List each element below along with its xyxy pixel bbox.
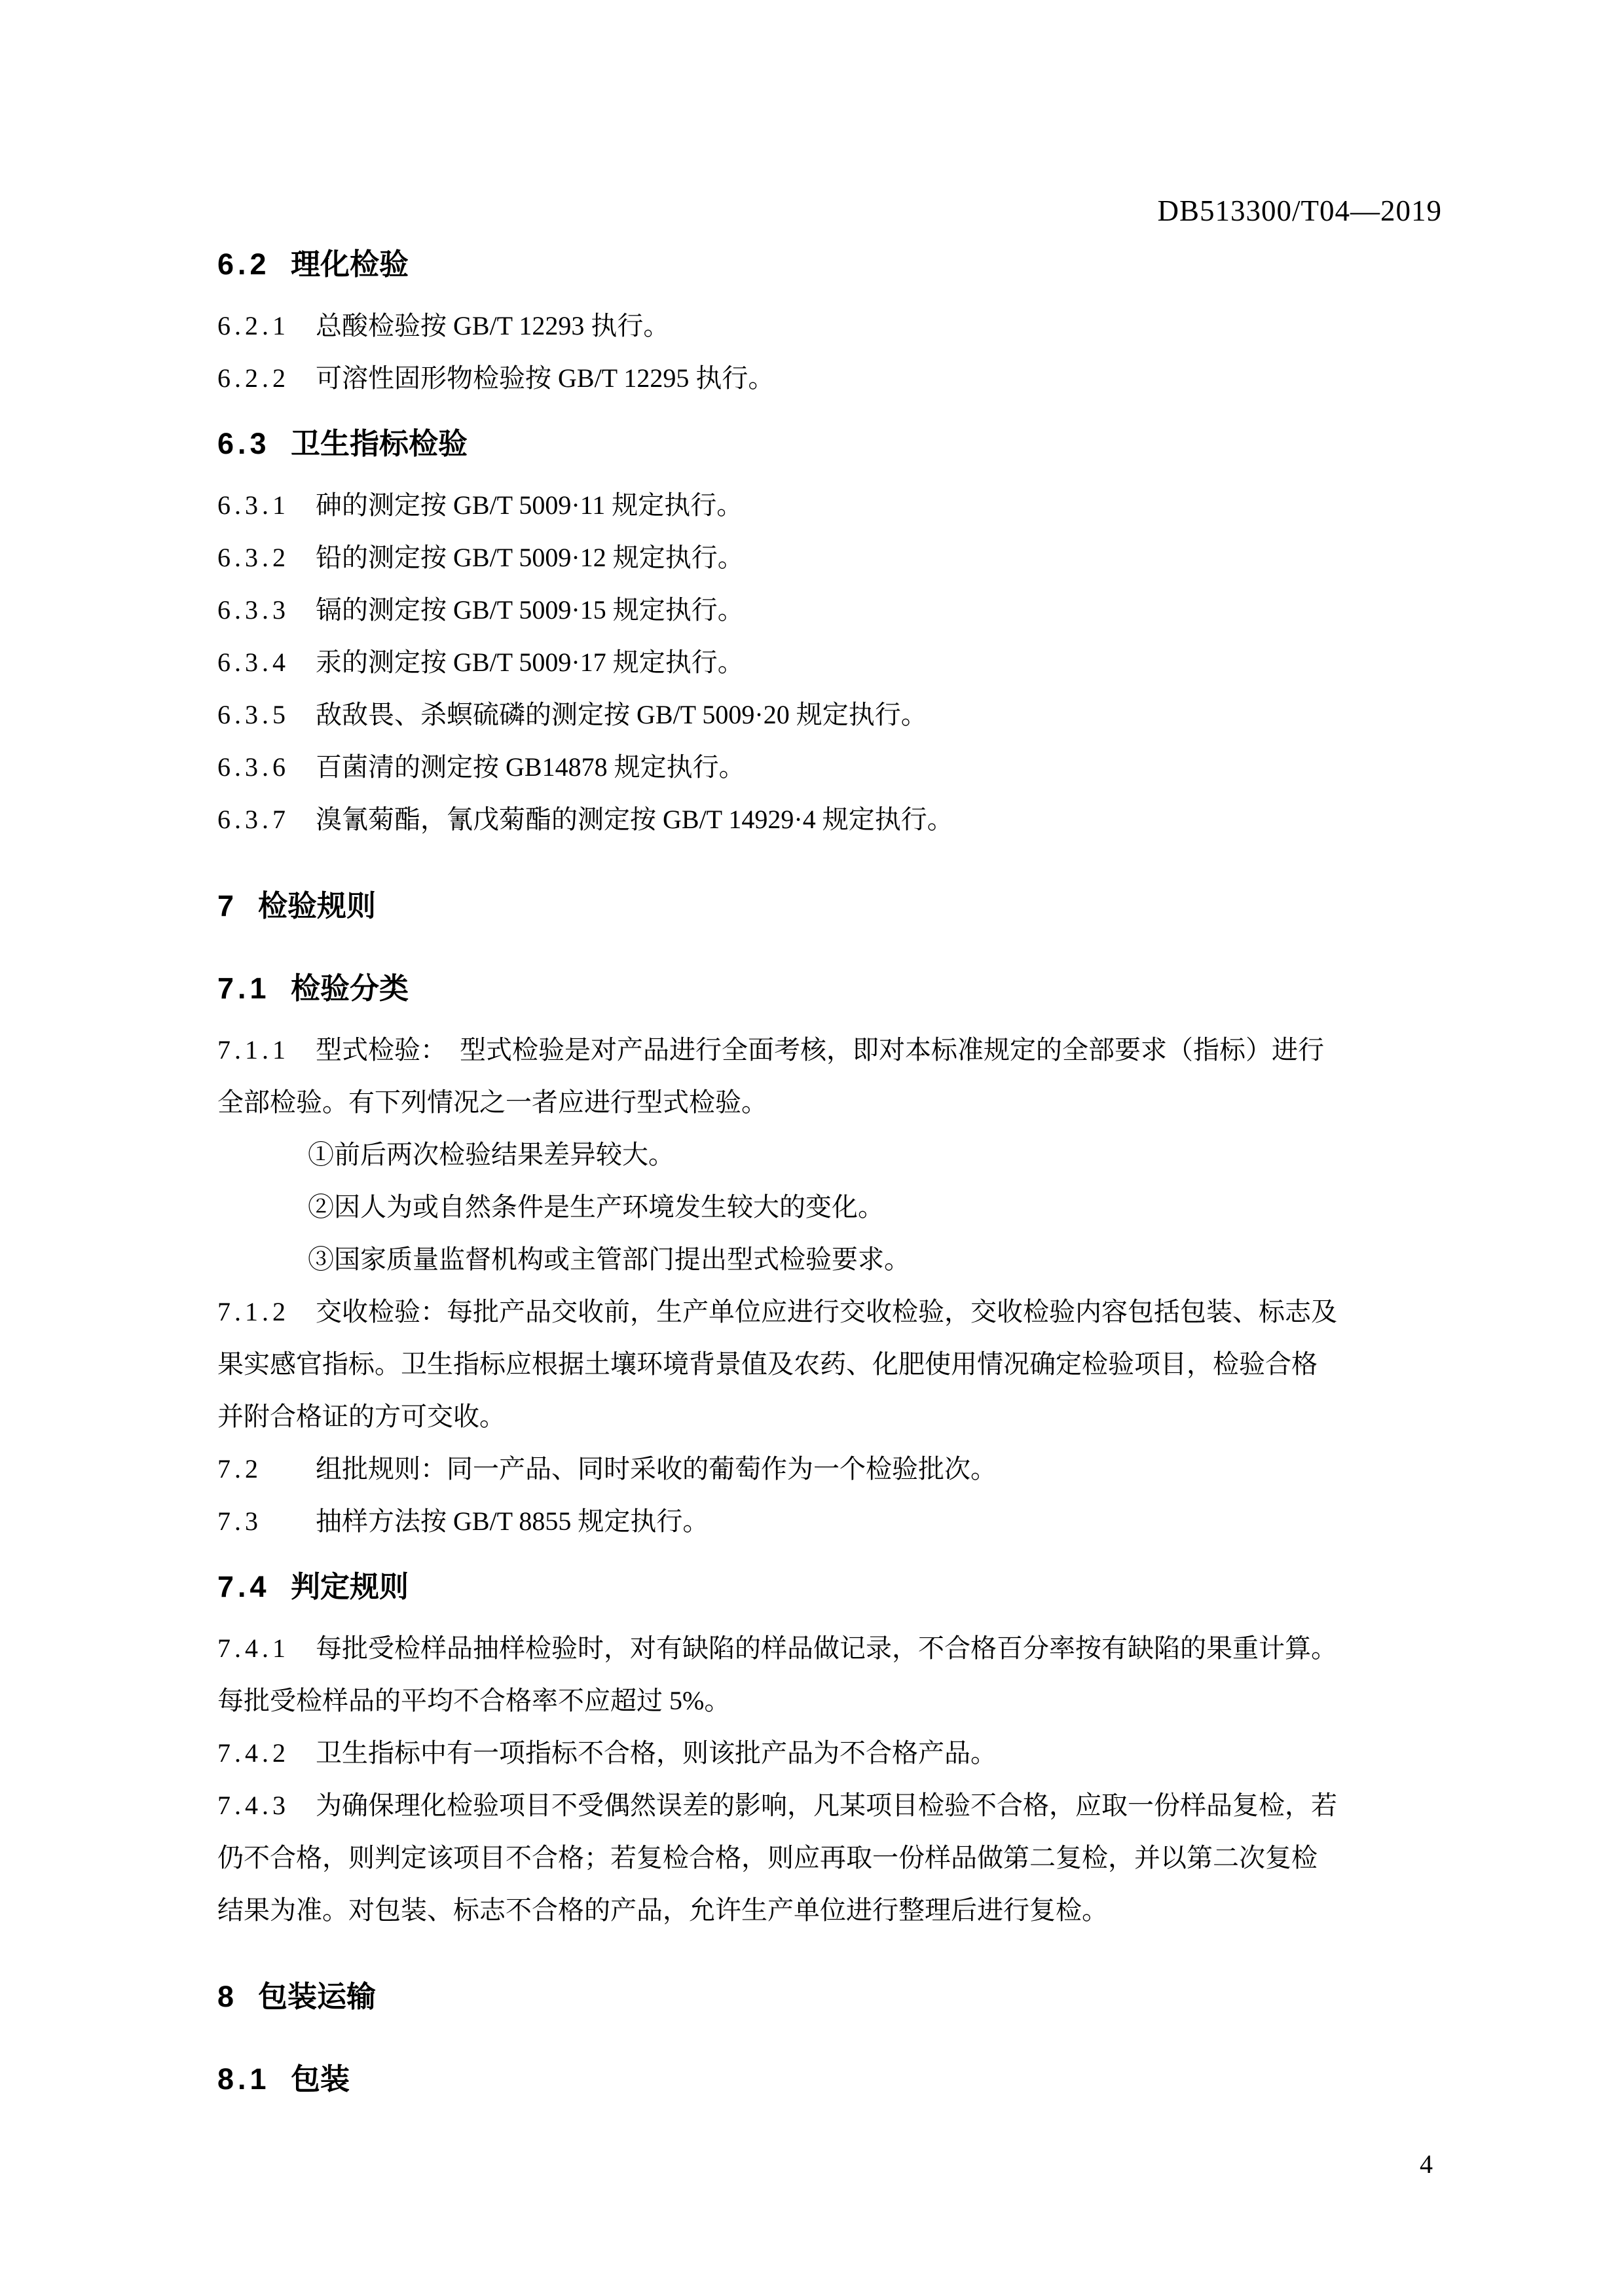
section-number: 8 (217, 1971, 258, 2023)
section-title: 包装运输 (258, 1980, 376, 2013)
clause-text: 为确保理化检验项目不受偶然误差的影响，凡某项目检验不合格，应取一份样品复检，若 (316, 1791, 1337, 1820)
section-heading: 8包装运输 (217, 1971, 1449, 2023)
clause-number: 7.1.1 (217, 1024, 316, 1076)
clause-line: 全部检验。有下列情况之一者应进行型式检验。 (217, 1076, 1449, 1129)
section-number: 6.3 (217, 418, 291, 470)
clause-number: 6.3.2 (217, 532, 316, 584)
clause-text: 每批受检样品的平均不合格率不应超过 5%。 (217, 1686, 730, 1715)
section-title: 检验分类 (291, 972, 409, 1005)
section-heading: 7.4判定规则 (217, 1561, 1449, 1613)
section-heading: 7.1检验分类 (217, 962, 1449, 1015)
clause-number: 6.3.5 (217, 689, 316, 741)
clause-text: 全部检验。有下列情况之一者应进行型式检验。 (217, 1087, 767, 1117)
clause-text: 镉的测定按 GB/T 5009·15 规定执行。 (316, 595, 744, 625)
clause-text: 型式检验： 型式检验是对产品进行全面考核，即对本标准规定的全部要求（指标）进行 (316, 1035, 1324, 1065)
section-heading: 7检验规则 (217, 880, 1449, 932)
clause-number: 7.2 (217, 1443, 316, 1495)
clause-number: 6.3.7 (217, 793, 316, 846)
clause-line: 6.2.1总酸检验按 GB/T 12293 执行。 (217, 300, 1449, 352)
clause-line: 7.1.1型式检验： 型式检验是对产品进行全面考核，即对本标准规定的全部要求（指… (217, 1024, 1449, 1076)
clause-text: 每批受检样品抽样检验时，对有缺陷的样品做记录，不合格百分率按有缺陷的果重计算。 (316, 1633, 1337, 1663)
page-number: 4 (1420, 2149, 1433, 2179)
clause-line: 结果为准。对包装、标志不合格的产品，允许生产单位进行整理后进行复检。 (217, 1884, 1449, 1937)
section-number: 6.2 (217, 238, 291, 291)
clause-number: 6.2.2 (217, 352, 316, 405)
section-title: 检验规则 (258, 889, 376, 922)
clause-number: 6.3.1 (217, 479, 316, 532)
section-number: 7.1 (217, 962, 291, 1015)
clause-line: 6.3.1砷的测定按 GB/T 5009·11 规定执行。 (217, 479, 1449, 532)
clause-number: 7.4.2 (217, 1727, 316, 1779)
clause-line: 6.3.4汞的测定按 GB/T 5009·17 规定执行。 (217, 636, 1449, 689)
list-item: ②因人为或自然条件是生产环境发生较大的变化。 (217, 1181, 1449, 1233)
section-title: 判定规则 (291, 1570, 409, 1603)
document-body: 6.2理化检验6.2.1总酸检验按 GB/T 12293 执行。6.2.2可溶性… (217, 225, 1449, 2115)
clause-line: 果实感官指标。卫生指标应根据土壤环境背景值及农药、化肥使用情况确定检验项目，检验… (217, 1338, 1449, 1391)
clause-line: 6.3.3镉的测定按 GB/T 5009·15 规定执行。 (217, 584, 1449, 636)
clause-text: 卫生指标中有一项指标不合格，则该批产品为不合格产品。 (316, 1738, 997, 1768)
section-number: 8.1 (217, 2053, 291, 2105)
clause-text: 仍不合格，则判定该项目不合格；若复检合格，则应再取一份样品做第二复检，并以第二次… (217, 1843, 1318, 1872)
clause-text: 总酸检验按 GB/T 12293 执行。 (316, 311, 669, 340)
clause-text: 结果为准。对包装、标志不合格的产品，允许生产单位进行整理后进行复检。 (217, 1895, 1108, 1925)
clause-line: 并附合格证的方可交收。 (217, 1391, 1449, 1443)
clause-text: 组批规则：同一产品、同时采收的葡萄作为一个检验批次。 (316, 1454, 997, 1484)
section-heading: 6.2理化检验 (217, 238, 1449, 291)
clause-text: ②因人为或自然条件是生产环境发生较大的变化。 (308, 1192, 884, 1222)
section-number: 7 (217, 880, 258, 932)
clause-line: 6.3.5敌敌畏、杀螟硫磷的测定按 GB/T 5009·20 规定执行。 (217, 689, 1449, 741)
section-title: 包装 (291, 2062, 350, 2096)
clause-text: 抽样方法按 GB/T 8855 规定执行。 (316, 1506, 709, 1536)
section-heading: 8.1包装 (217, 2053, 1449, 2105)
clause-number: 6.2.1 (217, 300, 316, 352)
clause-line: 6.3.2铅的测定按 GB/T 5009·12 规定执行。 (217, 532, 1449, 584)
clause-line: 仍不合格，则判定该项目不合格；若复检合格，则应再取一份样品做第二复检，并以第二次… (217, 1832, 1449, 1884)
section-number: 7.4 (217, 1561, 291, 1613)
clause-number: 6.3.3 (217, 584, 316, 636)
clause-text: 溴氰菊酯，氰戊菊酯的测定按 GB/T 14929·4 规定执行。 (316, 805, 953, 834)
clause-text: ③国家质量监督机构或主管部门提出型式检验要求。 (308, 1245, 910, 1274)
section-heading: 6.3卫生指标检验 (217, 418, 1449, 470)
clause-text: 汞的测定按 GB/T 5009·17 规定执行。 (316, 647, 744, 677)
clause-number: 6.3.6 (217, 741, 316, 793)
clause-number: 7.4.3 (217, 1779, 316, 1832)
clause-line: 7.4.3为确保理化检验项目不受偶然误差的影响，凡某项目检验不合格，应取一份样品… (217, 1779, 1449, 1832)
clause-text: 敌敌畏、杀螟硫磷的测定按 GB/T 5009·20 规定执行。 (316, 700, 927, 729)
clause-line: 7.1.2交收检验：每批产品交收前，生产单位应进行交收检验，交收检验内容包括包装… (217, 1286, 1449, 1338)
clause-text: 百菌清的测定按 GB14878 规定执行。 (316, 752, 745, 782)
clause-line: 6.2.2可溶性固形物检验按 GB/T 12295 执行。 (217, 352, 1449, 405)
document-number-header: DB513300/T04—2019 (1157, 194, 1442, 228)
clause-number: 7.1.2 (217, 1286, 316, 1338)
clause-number: 6.3.4 (217, 636, 316, 689)
clause-text: ①前后两次检验结果差异较大。 (308, 1140, 674, 1169)
list-item: ③国家质量监督机构或主管部门提出型式检验要求。 (217, 1233, 1449, 1286)
clause-number: 7.4.1 (217, 1622, 316, 1675)
clause-text: 砷的测定按 GB/T 5009·11 规定执行。 (316, 490, 743, 520)
list-item: ①前后两次检验结果差异较大。 (217, 1129, 1449, 1181)
section-title: 理化检验 (291, 247, 409, 281)
clause-text: 铅的测定按 GB/T 5009·12 规定执行。 (316, 543, 744, 572)
clause-text: 交收检验：每批产品交收前，生产单位应进行交收检验，交收检验内容包括包装、标志及 (316, 1297, 1337, 1326)
clause-text: 果实感官指标。卫生指标应根据土壤环境背景值及农药、化肥使用情况确定检验项目，检验… (217, 1349, 1318, 1379)
clause-text: 并附合格证的方可交收。 (217, 1402, 506, 1431)
section-title: 卫生指标检验 (291, 427, 468, 460)
clause-line: 6.3.7溴氰菊酯，氰戊菊酯的测定按 GB/T 14929·4 规定执行。 (217, 793, 1449, 846)
clause-line: 7.4.1每批受检样品抽样检验时，对有缺陷的样品做记录，不合格百分率按有缺陷的果… (217, 1622, 1449, 1675)
clause-line: 7.3抽样方法按 GB/T 8855 规定执行。 (217, 1495, 1449, 1548)
clause-line: 6.3.6百菌清的测定按 GB14878 规定执行。 (217, 741, 1449, 793)
clause-line: 7.4.2卫生指标中有一项指标不合格，则该批产品为不合格产品。 (217, 1727, 1449, 1779)
document-page: DB513300/T04—2019 6.2理化检验6.2.1总酸检验按 GB/T… (0, 0, 1624, 2296)
clause-number: 7.3 (217, 1495, 316, 1548)
clause-text: 可溶性固形物检验按 GB/T 12295 执行。 (316, 363, 774, 393)
clause-line: 7.2组批规则：同一产品、同时采收的葡萄作为一个检验批次。 (217, 1443, 1449, 1495)
clause-line: 每批受检样品的平均不合格率不应超过 5%。 (217, 1675, 1449, 1727)
